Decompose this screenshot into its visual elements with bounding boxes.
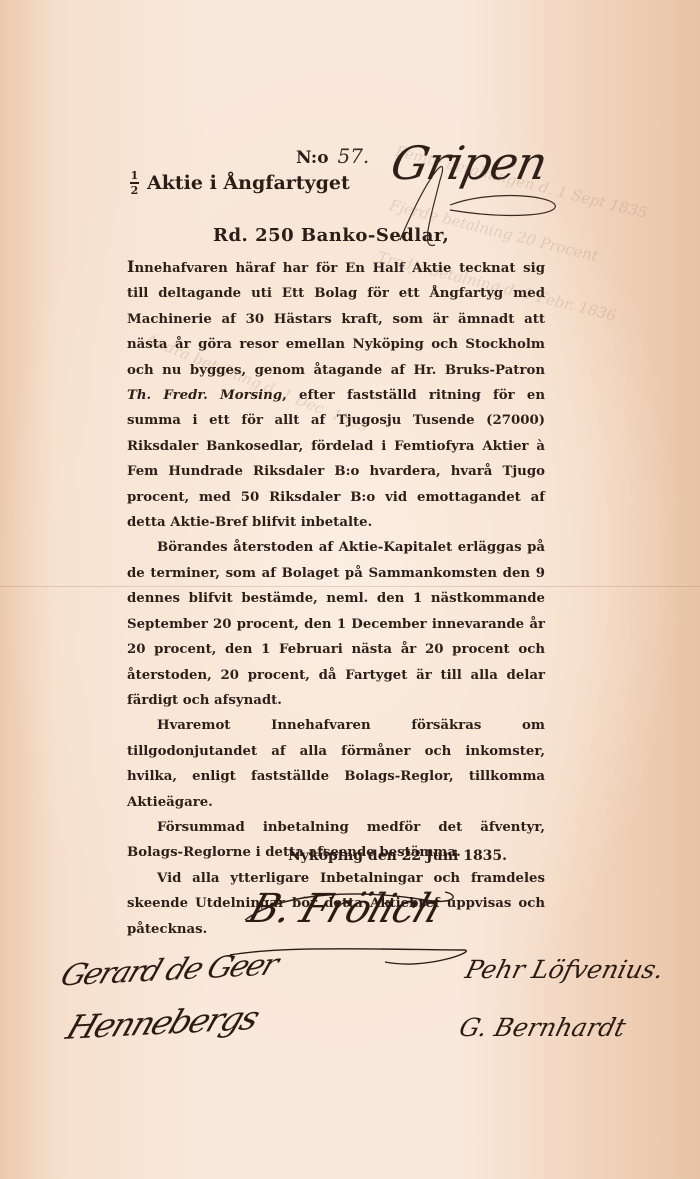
signature-left-1: Gerard de Geer [56,948,282,994]
title-text: Aktie i Ångfartyget [147,172,350,194]
signature-right-1: Pehr Löfvenius. [462,955,667,984]
signature-right-2: G. Bernhardt [456,1013,628,1042]
place-and-date: Nyköping den 22 Juni 1835. [288,848,507,864]
amount-line: Rd. 250 Banko-Sedlar, [213,225,449,246]
founder-name: Th. Fredr. Morsing [127,388,282,403]
fraction-half: 1 2 [130,170,139,196]
paragraph-3: Hvaremot Innehafvaren försäkras om tillg… [127,713,545,815]
paragraph-1: Innehafvaren häraf har för En Half Aktie… [127,254,545,535]
signature-left-2: Hennebergs [61,998,263,1047]
paragraph-2: Börandes återstoden af Aktie-Kapitalet e… [127,535,545,713]
certificate-title: 1 2 Aktie i Ångfartyget [130,170,350,196]
number-label: N:o [296,148,329,168]
certificate-number: N:o 57. [296,144,369,168]
number-value-handwritten: 57. [337,144,369,168]
share-certificate-page: Femte betalningen d. 1 Sept 1835 Fjerde … [0,0,700,1179]
certificate-body: Innehafvaren häraf har för En Half Aktie… [127,254,545,942]
